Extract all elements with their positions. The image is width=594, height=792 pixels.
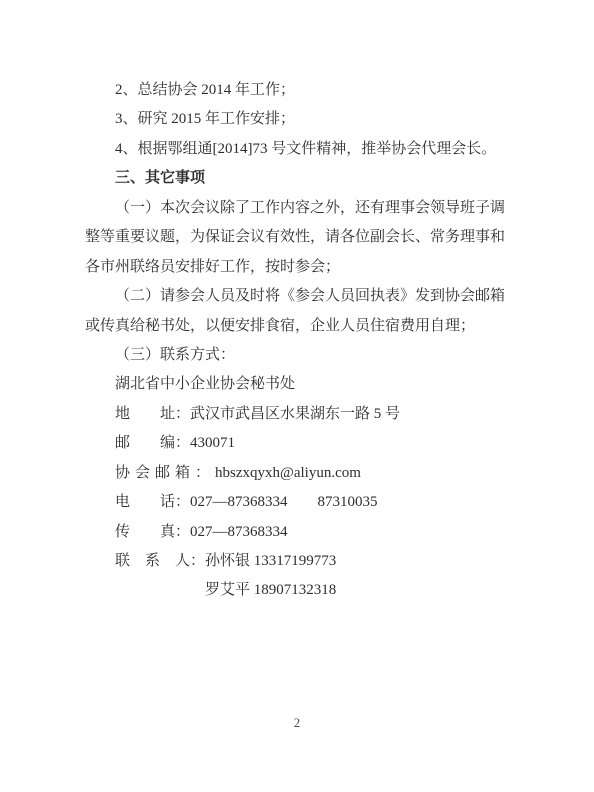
agenda-item-3: 3、研究 2015 年工作安排；	[85, 105, 509, 134]
postcode-value: 430071	[190, 435, 235, 451]
agenda-item-4: 4、根据鄂组通[2014]73 号文件精神，推举协会代理会长。	[85, 135, 509, 164]
contact-row-email: 协会邮箱：hbszxqyxh@aliyun.com	[85, 459, 509, 488]
page-number: 2	[0, 714, 594, 732]
phone-label: 电 话：	[115, 494, 190, 510]
fax-value: 027—87368334	[190, 524, 288, 540]
document-page: 2、总结协会 2014 年工作； 3、研究 2015 年工作安排； 4、根据鄂组…	[0, 0, 594, 792]
contact-row-person: 联 系 人：孙怀银 13317199773	[85, 547, 509, 576]
para-1-line-1: （一）本次会议除了工作内容之外，还有理事会领导班子调	[85, 194, 509, 223]
email-value: hbszxqyxh@aliyun.com	[215, 465, 361, 481]
contact-person-label: 联 系 人：	[115, 553, 205, 569]
para-2-line-2: 或传真给秘书处，以便安排食宿，企业人员住宿费用自理；	[85, 312, 509, 341]
address-value: 武汉市武昌区水果湖东一路 5 号	[190, 406, 400, 422]
agenda-item-2: 2、总结协会 2014 年工作；	[85, 76, 509, 105]
section-heading: 三、其它事项	[85, 164, 509, 193]
postcode-label: 邮 编：	[115, 435, 190, 451]
phone-value: 027—87368334 87310035	[190, 494, 378, 510]
para-3-contact-heading: （三）联系方式：	[85, 341, 509, 370]
contact-row-phone: 电 话：027—87368334 87310035	[85, 488, 509, 517]
contact-row-fax: 传 真：027—87368334	[85, 518, 509, 547]
address-label: 地 址：	[115, 406, 190, 422]
document-body: 2、总结协会 2014 年工作； 3、研究 2015 年工作安排； 4、根据鄂组…	[85, 76, 509, 606]
contact-person-2-value: 罗艾平 18907132318	[85, 576, 509, 605]
contact-person-1-value: 孙怀银 13317199773	[205, 553, 336, 569]
para-1-line-2: 整等重要议题，为保证会议有效性，请各位副会长、常务理事和	[85, 223, 509, 252]
fax-label: 传 真：	[115, 524, 190, 540]
email-label: 协会邮箱：	[115, 465, 215, 481]
para-1-line-3: 各市州联络员安排好工作，按时参会；	[85, 253, 509, 282]
org-name: 湖北省中小企业协会秘书处	[85, 370, 509, 399]
para-2-line-1: （二）请参会人员及时将《参会人员回执表》发到协会邮箱	[85, 282, 509, 311]
contact-row-postcode: 邮 编：430071	[85, 429, 509, 458]
contact-row-address: 地 址：武汉市武昌区水果湖东一路 5 号	[85, 400, 509, 429]
